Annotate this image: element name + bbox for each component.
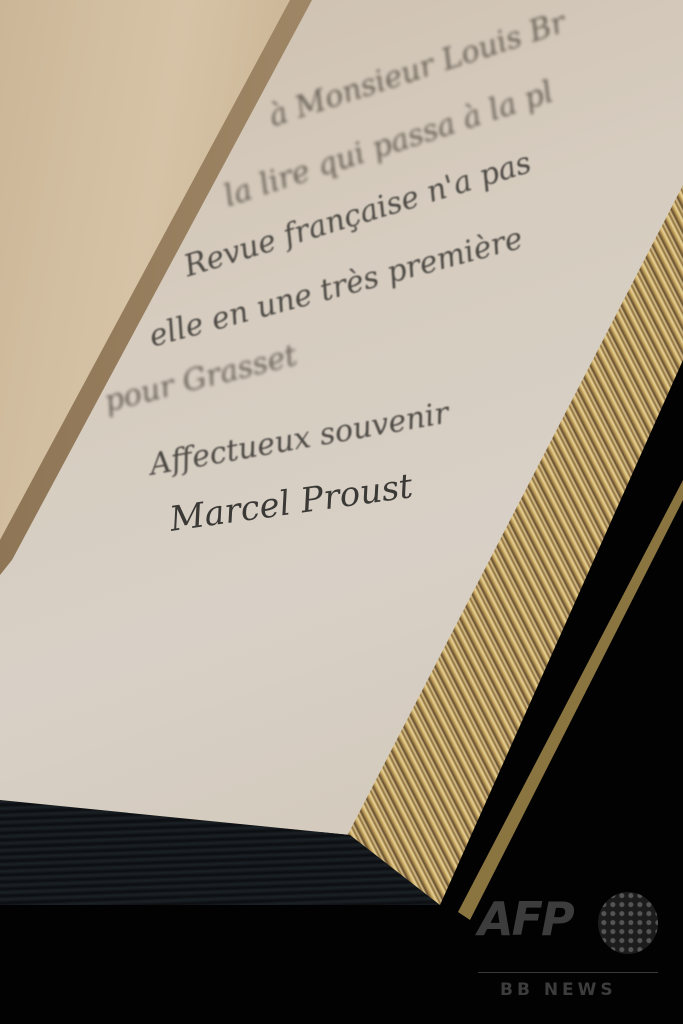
afp-bb-news-watermark: AFP BB NEWS bbox=[478, 888, 660, 1006]
bb-news-label: BB NEWS bbox=[500, 980, 617, 1000]
watermark-divider bbox=[478, 972, 658, 973]
afp-logo: AFP bbox=[478, 892, 573, 946]
globe-dots-icon bbox=[598, 892, 658, 954]
photo: à Monsieur Louis Br la lire qui passa à … bbox=[0, 0, 683, 1024]
